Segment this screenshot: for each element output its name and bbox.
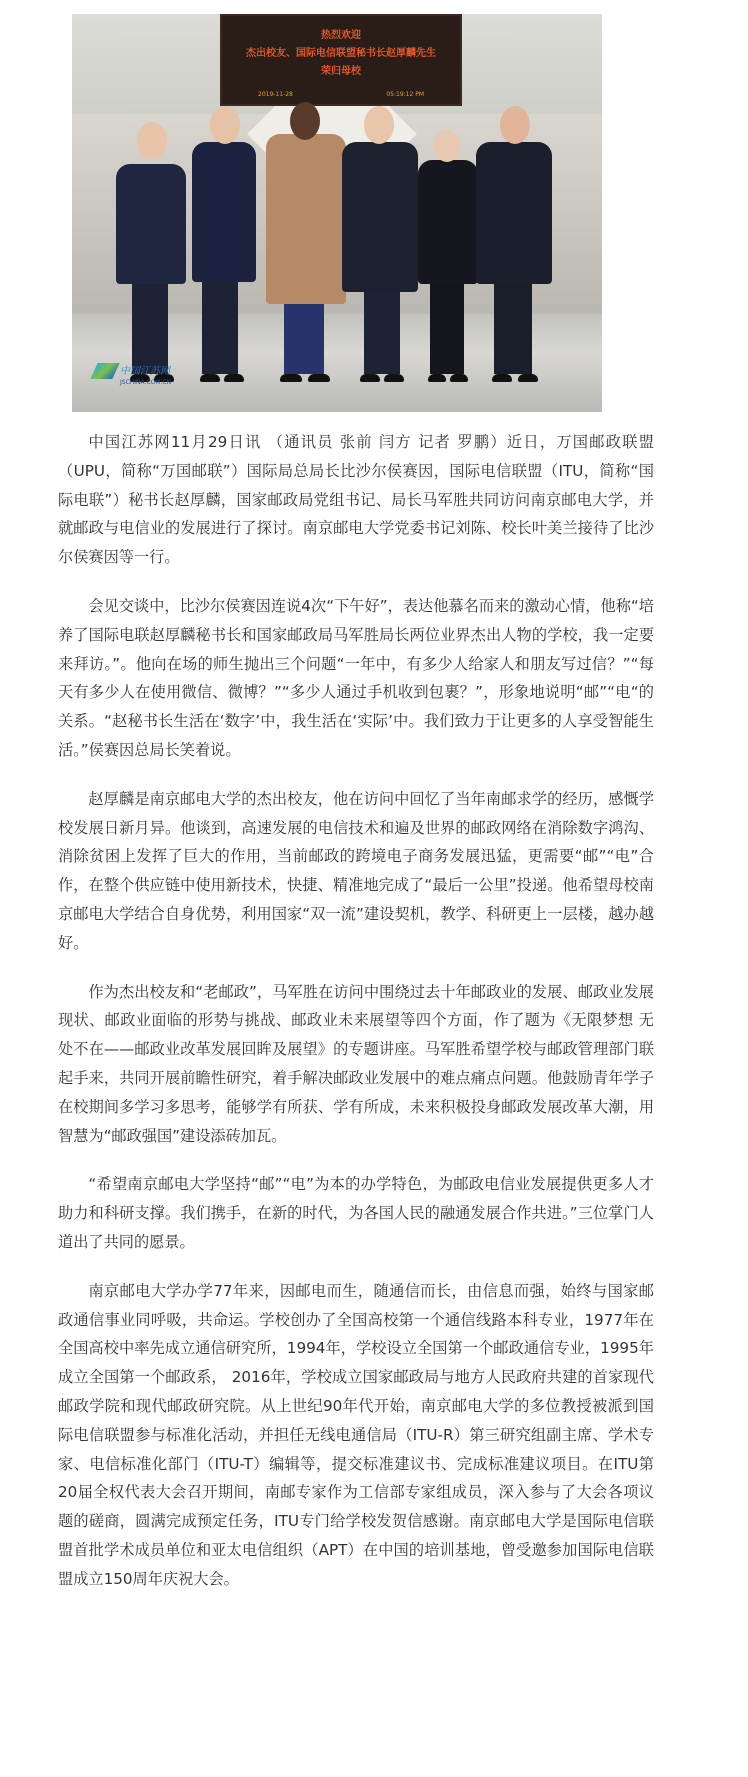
- person-head: [210, 106, 240, 144]
- shoe: [428, 374, 446, 382]
- shoe: [224, 374, 244, 382]
- person-head: [137, 122, 167, 160]
- paragraph-4: 作为杰出校友和“老邮政”，马军胜在访问中围绕过去十年邮政业的发展、邮政业发展现状…: [58, 978, 654, 1151]
- paragraph-1: 中国江苏网11月29日讯 （通讯员 张前 闫方 记者 罗鹏）近日，万国邮政联盟（…: [58, 428, 654, 572]
- screen-line-1: 热烈欢迎: [222, 26, 460, 41]
- shoe: [450, 374, 468, 382]
- welcome-led-screen: 热烈欢迎 杰出校友、国际电信联盟秘书长赵厚麟先生 荣归母校 2019-11-28…: [220, 14, 462, 106]
- person-head: [434, 130, 460, 162]
- person-1: [116, 164, 186, 284]
- news-photo: 热烈欢迎 杰出校友、国际电信联盟秘书长赵厚麟先生 荣归母校 2019-11-28…: [72, 14, 602, 412]
- article-body: 中国江苏网11月29日讯 （通讯员 张前 闫方 记者 罗鹏）近日，万国邮政联盟（…: [58, 428, 654, 1613]
- shoe: [280, 374, 302, 382]
- person-legs: [494, 274, 532, 374]
- screen-line-3: 荣归母校: [222, 62, 460, 77]
- person-legs: [132, 274, 168, 374]
- person-5: [418, 160, 478, 284]
- person-legs: [430, 274, 464, 374]
- shoe: [492, 374, 512, 382]
- watermark-url: JSCHINA.COM.CN: [120, 379, 171, 386]
- watermark-name: 中国江苏网: [120, 366, 170, 377]
- shoe: [518, 374, 538, 382]
- shoe: [384, 374, 404, 382]
- person-head: [290, 102, 320, 140]
- person-head: [500, 106, 530, 144]
- jschina-logo-icon: [90, 363, 119, 379]
- paragraph-6: 南京邮电大学办学77年来，因邮电而生，随通信而长，由信息而强，始终与国家邮政通信…: [58, 1277, 654, 1594]
- paragraph-3: 赵厚麟是南京邮电大学的杰出校友，他在访问中回忆了当年南邮求学的经历，感慨学校发展…: [58, 785, 654, 958]
- shoe: [200, 374, 220, 382]
- screen-date: 2019-11-28: [258, 91, 293, 98]
- person-2: [192, 142, 256, 282]
- screen-time: 05:19:12 PM: [386, 91, 424, 98]
- shoe: [360, 374, 380, 382]
- site-watermark: 中国江苏网 JSCHINA.COM.CN: [94, 362, 171, 386]
- paragraph-2: 会见交谈中，比沙尔侯赛因连说4次“下午好”，表达他慕名而来的激动心情，他称“培养…: [58, 592, 654, 765]
- person-legs: [364, 284, 400, 374]
- paragraph-5: “希望南京邮电大学坚持“邮”“电”为本的办学特色，为邮政电信业发展提供更多人才助…: [58, 1170, 654, 1256]
- screen-line-2: 杰出校友、国际电信联盟秘书长赵厚麟先生: [222, 44, 460, 59]
- person-legs: [284, 294, 324, 374]
- person-4: [342, 142, 418, 292]
- person-legs: [202, 274, 238, 374]
- person-6: [476, 142, 552, 284]
- person-3: [266, 134, 346, 304]
- shoe: [308, 374, 330, 382]
- person-head: [364, 106, 394, 144]
